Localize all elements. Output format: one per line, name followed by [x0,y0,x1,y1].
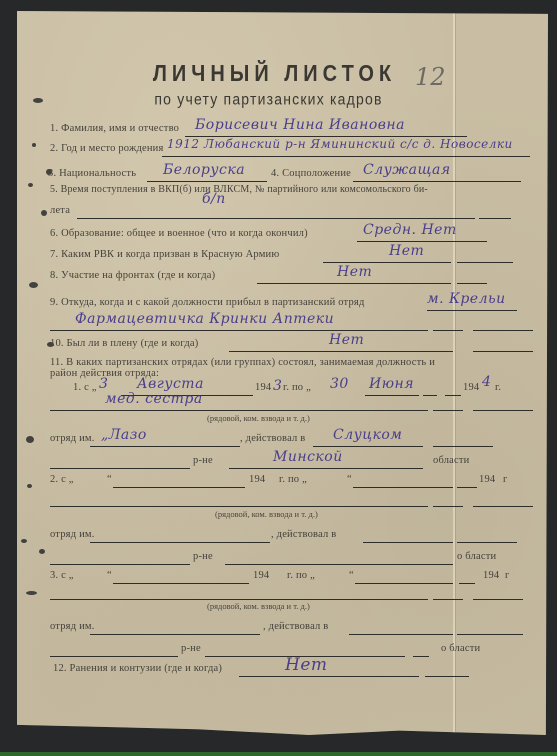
period-number: 3. с „ [50,570,74,581]
input-line [90,542,270,543]
to-label: г. по „ [279,474,307,485]
input-line [239,676,419,677]
document-subtitle: по учету партизанских кадров [3,90,534,108]
handwritten-value[interactable]: Средн. Нет [363,222,457,238]
input-line [90,634,260,635]
input-line [457,487,477,488]
year-prefix: 194 [249,474,265,485]
period-number: 1. с „ [73,382,97,393]
from-year-digit[interactable]: 3 [273,378,282,394]
period-1-oblast: р-не Минской области [17,453,548,471]
input-line [457,262,513,263]
input-line [77,218,475,219]
handwritten-value[interactable]: Фармацевтичка Кринки Аптеки [75,311,334,327]
input-line [433,330,463,331]
input-line [50,468,190,469]
input-line [229,351,453,352]
input-line [457,634,523,635]
input-line [162,156,530,157]
field-label: 12. Ранения и контузии (где и когда) [53,663,222,674]
input-line [225,564,453,565]
field-education: 6. Образование: общее и военное (что и к… [17,226,548,244]
year-suffix: г [503,474,508,485]
oblast-label: о бласти [457,551,496,562]
period-2-hint: (рядовой, ком. взвода и т. д.) [17,507,548,525]
from-month[interactable]: Августа [137,376,204,392]
handwritten-value[interactable]: Нет [329,332,364,348]
oblast-label: о бласти [441,643,480,654]
input-line [413,656,429,657]
field-label: 3. Национальность [48,168,136,179]
detachment-label: отряд им. [50,621,95,632]
handwritten-value[interactable]: Служащая [363,162,451,178]
period-3-hint: (рядовой, ком. взвода и т. д.) [17,599,548,617]
input-line [353,487,453,488]
year-prefix: 194 [255,382,271,393]
acted-label: , действовал в [240,433,305,444]
period-2-dates: 2. с „ “ 194 г. по „ “ 194 г [17,472,548,490]
field-label: 7. Каким РВК и когда призван в Красную А… [50,249,279,260]
field-captivity: 10. Был ли в плену (где и когда) Нет [17,336,548,354]
quote-mark: “ [347,474,352,485]
input-line [257,283,451,284]
year-prefix: 194 [479,474,495,485]
detachment-label: отряд им. [50,433,95,444]
input-line [90,446,240,447]
position-hint: (рядовой, ком. взвода и т. д.) [207,413,310,423]
field-party-entry-cont: лета б/п [17,203,548,221]
input-line [427,310,517,311]
document-title: ЛИЧНЫЙ ЛИСТОК [9,61,540,87]
field-label: 9. Откуда, когда и с какой должности при… [50,297,365,308]
input-line [425,676,469,677]
scan-border [0,752,557,756]
field-birth: 2. Год и место рождения 1912 Любанский р… [17,141,548,159]
field-label: 1. Фамилия, имя и отчество [50,123,179,134]
field-label: лета [50,205,70,216]
field-fronts: 8. Участие на фронтах (где и когда) Нет [17,268,548,286]
field-label: 5. Время поступления в ВКП(б) или ВЛКСМ,… [50,184,428,195]
rayon-label: р-не [181,643,201,654]
period-1-detachment: отряд им. „Лазо , действовал в Слуцком [17,431,548,449]
input-line [229,468,423,469]
field-party-entry: 5. Время поступления в ВКП(б) или ВЛКСМ,… [17,182,548,200]
input-line [50,564,190,565]
handwritten-value[interactable]: Белоруска [163,162,245,178]
field-label: 4. Соцположение [271,168,351,179]
year-prefix: 194 [483,570,499,581]
input-line [113,487,245,488]
acted-label: , действовал в [271,529,336,540]
input-line [357,241,487,242]
handwritten-value[interactable]: Нет [337,264,372,280]
period-number: 2. с „ [50,474,74,485]
rayon-label: р-не [193,455,213,466]
detachment-value[interactable]: „Лазо [101,427,147,443]
field-label: 2. Год и место рождения [50,143,164,154]
input-line [473,330,533,331]
position-hint: (рядовой, ком. взвода и т. д.) [207,601,310,611]
sheet-number: 12 [415,63,446,91]
field-wounds: 12. Ранения и контузии (где и когда) Нет [17,661,548,679]
field-label: 10. Был ли в плену (где и когда) [50,338,198,349]
year-prefix: 194 [253,570,269,581]
handwritten-value[interactable]: б/п [202,191,226,207]
period-3-oblast: р-не о бласти [17,641,548,659]
handwritten-value[interactable]: 1912 Любанский р-н Ямининский с/с д. Нов… [167,137,513,151]
quote-mark: “ [107,474,112,485]
field-label: 8. Участие на фронтах (где и когда) [50,270,215,281]
period-1-hint: (рядовой, ком. взвода и т. д.) [17,411,548,429]
input-line [50,656,178,657]
to-year-digit[interactable]: 4 [482,374,491,390]
rayon-label: р-не [193,551,213,562]
field-label: 6. Образование: общее и военное (что и к… [50,228,308,239]
handwritten-value[interactable]: Нет [389,243,424,259]
quote-mark: “ [107,570,112,581]
acted-label: , действовал в [263,621,328,632]
input-line [349,634,453,635]
year-prefix: 194 [463,382,479,393]
year-suffix: г. [495,382,501,393]
period-2-oblast: р-не о бласти [17,549,548,567]
input-line [50,330,428,331]
handwritten-value[interactable]: м. Крельи [427,291,506,307]
to-month[interactable]: Июня [369,376,414,392]
oblast-label: области [433,455,470,466]
handwritten-value[interactable]: Борисевич Нина Ивановна [195,117,405,133]
to-label: г. по „ [283,382,311,393]
input-line [457,283,487,284]
period-3-detachment: отряд им. , действовал в [17,619,548,637]
acted-in-value[interactable]: Слуцком [333,427,402,443]
period-2-detachment: отряд им. , действовал в [17,527,548,545]
document-sheet: ЛИЧНЫЙ ЛИСТОК по учету партизанских кадр… [17,11,548,735]
field-conscription: 7. Каким РВК и когда призван в Красную А… [17,247,548,265]
from-day[interactable]: 3 [99,376,108,392]
oblast-value[interactable]: Минской [273,449,343,465]
handwritten-value[interactable]: Нет [285,655,328,675]
input-line [473,351,533,352]
input-line [433,446,493,447]
year-suffix: г [505,570,510,581]
input-line [363,542,453,543]
input-line [479,218,511,219]
input-line [457,542,517,543]
input-line [323,262,451,263]
position-hint: (рядовой, ком. взвода и т. д.) [215,509,318,519]
to-label: г. по „ [287,570,315,581]
to-day[interactable]: 30 [330,376,349,392]
input-line [313,446,423,447]
quote-mark: “ [349,570,354,581]
detachment-label: отряд им. [50,529,95,540]
field-arrival-cont: Фармацевтичка Кринки Аптеки [17,315,548,333]
position-value[interactable]: мед. сестра [105,391,203,407]
